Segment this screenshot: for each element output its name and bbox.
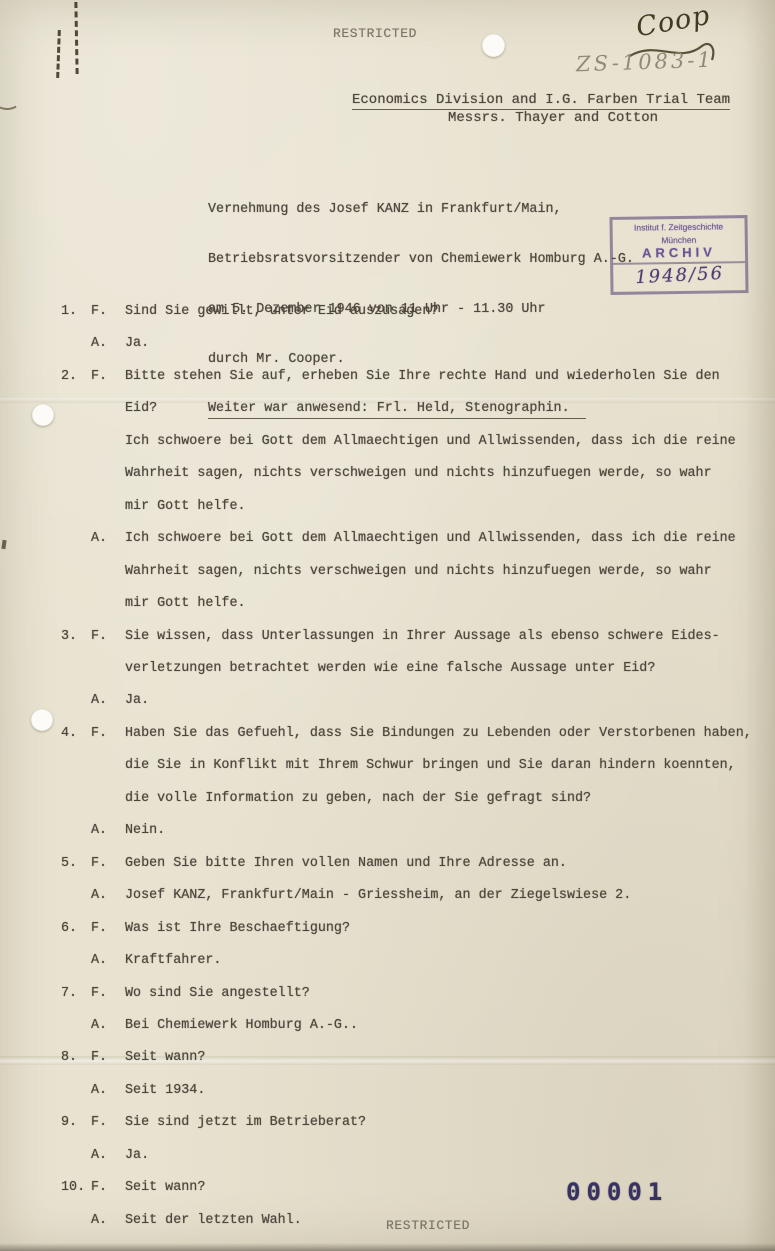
qa-letter xyxy=(91,783,125,815)
qa-text: mir Gott helfe. xyxy=(125,491,765,523)
qa-line: die volle Information zu geben, nach der… xyxy=(57,783,765,815)
qa-text: Seit wann? xyxy=(125,1042,765,1074)
archive-stamp-city-line: München xyxy=(661,235,696,245)
qa-number xyxy=(57,945,91,977)
qa-line: mir Gott helfe. xyxy=(57,588,765,620)
qa-letter: F. xyxy=(91,296,125,328)
qa-number xyxy=(57,523,91,555)
qa-letter: A. xyxy=(91,1010,125,1042)
header-team-line: Economics Division and I.G. Farben Trial… xyxy=(352,92,730,110)
qa-letter: A. xyxy=(91,1205,125,1237)
qa-line: A.Ja. xyxy=(57,1140,765,1172)
qa-line: Ich schwoere bei Gott dem Allmaechtigen … xyxy=(57,426,765,458)
ink-scribble-mark xyxy=(74,2,78,74)
qa-text: Wahrheit sagen, nichts verschweigen und … xyxy=(125,556,765,588)
qa-line: 8.F.Seit wann? xyxy=(57,1042,765,1074)
qa-number xyxy=(57,491,91,523)
punch-hole xyxy=(482,34,505,57)
qa-text: Ja. xyxy=(125,685,765,717)
qa-number xyxy=(57,783,91,815)
qa-text: Was ist Ihre Beschaeftigung? xyxy=(125,913,765,945)
qa-letter xyxy=(91,393,125,425)
qa-letter xyxy=(91,588,125,620)
qa-number: 8. xyxy=(57,1042,91,1074)
qa-text: die Sie in Konflikt mit Ihrem Schwur bri… xyxy=(125,750,765,782)
qa-text: Nein. xyxy=(125,815,765,847)
qa-number xyxy=(57,1140,91,1172)
qa-letter: A. xyxy=(91,328,125,360)
qa-letter: F. xyxy=(91,1172,125,1204)
pencil-reference-number: ZS-1083-1 xyxy=(576,48,715,77)
qa-line: 7.F.Wo sind Sie angestellt? xyxy=(57,978,765,1010)
qa-line: die Sie in Konflikt mit Ihrem Schwur bri… xyxy=(57,750,765,782)
qa-text: Sie wissen, dass Unterlassungen in Ihrer… xyxy=(125,621,765,653)
archive-stamp-institute-line: Institut f. Zeitgeschichte xyxy=(634,221,723,232)
qa-text: Geben Sie bitte Ihren vollen Namen und I… xyxy=(125,848,765,880)
classification-marking-bottom: RESTRICTED xyxy=(386,1218,470,1233)
qa-line: 1.F.Sind Sie gewillt, unter Eid auszusag… xyxy=(57,296,765,328)
qa-text: Wahrheit sagen, nichts verschweigen und … xyxy=(125,458,765,490)
qa-number xyxy=(57,588,91,620)
qa-text: Ja. xyxy=(125,1140,765,1172)
qa-line: 2.F.Bitte stehen Sie auf, erheben Sie Ih… xyxy=(57,361,765,393)
qa-text: mir Gott helfe. xyxy=(125,588,765,620)
qa-text: Ich schwoere bei Gott dem Allmaechtigen … xyxy=(125,426,765,458)
qa-letter: A. xyxy=(91,945,125,977)
qa-transcript: 1.F.Sind Sie gewillt, unter Eid auszusag… xyxy=(57,296,765,1237)
qa-number xyxy=(57,426,91,458)
qa-line: verletzungen betrachtet werden wie eine … xyxy=(57,653,765,685)
qa-letter: A. xyxy=(91,523,125,555)
qa-number: 9. xyxy=(57,1107,91,1139)
punch-hole xyxy=(31,709,53,731)
qa-letter xyxy=(91,653,125,685)
qa-letter: F. xyxy=(91,718,125,750)
qa-text: Sie sind jetzt im Betrieberat? xyxy=(125,1107,765,1139)
qa-text: Haben Sie das Gefuehl, dass Sie Bindunge… xyxy=(125,718,765,750)
qa-line: A.Ja. xyxy=(57,328,765,360)
qa-text: die volle Information zu geben, nach der… xyxy=(125,783,765,815)
qa-text: Ich schwoere bei Gott dem Allmaechtigen … xyxy=(125,523,765,555)
qa-number xyxy=(57,393,91,425)
qa-text: Josef KANZ, Frankfurt/Main - Griessheim,… xyxy=(125,880,765,912)
qa-letter: A. xyxy=(91,880,125,912)
qa-text: Ja. xyxy=(125,328,765,360)
qa-letter: A. xyxy=(91,1075,125,1107)
qa-text: Wo sind Sie angestellt? xyxy=(125,978,765,1010)
qa-number xyxy=(57,653,91,685)
qa-line: Wahrheit sagen, nichts verschweigen und … xyxy=(57,556,765,588)
pen-stroke-mark xyxy=(0,68,30,115)
qa-letter xyxy=(91,750,125,782)
qa-number xyxy=(57,1010,91,1042)
ink-dot-mark xyxy=(1,540,6,549)
qa-line: A.Ich schwoere bei Gott dem Allmaechtige… xyxy=(57,523,765,555)
qa-number: 3. xyxy=(57,621,91,653)
qa-text: Kraftfahrer. xyxy=(125,945,765,977)
qa-letter xyxy=(91,458,125,490)
qa-line: A.Josef KANZ, Frankfurt/Main - Griesshei… xyxy=(57,880,765,912)
qa-line: Wahrheit sagen, nichts verschweigen und … xyxy=(57,458,765,490)
qa-text: Seit wann? xyxy=(125,1172,765,1204)
qa-number: 2. xyxy=(57,361,91,393)
archive-stamp: Institut f. Zeitgeschichte München ARCHI… xyxy=(609,215,748,295)
qa-line: 4.F.Haben Sie das Gefuehl, dass Sie Bind… xyxy=(57,718,765,750)
qa-letter: A. xyxy=(91,815,125,847)
qa-line: mir Gott helfe. xyxy=(57,491,765,523)
qa-text: Bitte stehen Sie auf, erheben Sie Ihre r… xyxy=(125,361,765,393)
qa-letter: F. xyxy=(91,361,125,393)
qa-letter xyxy=(91,556,125,588)
qa-text: Seit 1934. xyxy=(125,1075,765,1107)
intro-line: Vernehmung des Josef KANZ in Frankfurt/M… xyxy=(208,202,634,219)
qa-text: Sind Sie gewillt, unter Eid auszusagen? xyxy=(125,296,765,328)
qa-number xyxy=(57,328,91,360)
qa-letter: F. xyxy=(91,1042,125,1074)
qa-letter: F. xyxy=(91,978,125,1010)
qa-line: A.Seit 1934. xyxy=(57,1075,765,1107)
qa-number xyxy=(57,1205,91,1237)
qa-number: 5. xyxy=(57,848,91,880)
qa-number xyxy=(57,556,91,588)
qa-text: Bei Chemiewerk Homburg A.-G.. xyxy=(125,1010,765,1042)
qa-letter: F. xyxy=(91,621,125,653)
qa-letter: A. xyxy=(91,1140,125,1172)
qa-letter: F. xyxy=(91,913,125,945)
classification-marking-top: RESTRICTED xyxy=(333,26,417,41)
qa-number: 10. xyxy=(57,1172,91,1204)
qa-line: 9.F.Sie sind jetzt im Betrieberat? xyxy=(57,1107,765,1139)
page-edge-shading xyxy=(0,1243,775,1251)
qa-number xyxy=(57,815,91,847)
intro-line: Betriebsratsvorsitzender von Chemiewerk … xyxy=(208,252,634,269)
qa-line: A.Bei Chemiewerk Homburg A.-G.. xyxy=(57,1010,765,1042)
qa-number xyxy=(57,685,91,717)
qa-number xyxy=(57,880,91,912)
qa-number xyxy=(57,750,91,782)
header-names-line: Messrs. Thayer and Cotton xyxy=(448,110,658,126)
page-number-stamp: 00001 xyxy=(566,1178,668,1206)
qa-line: A.Nein. xyxy=(57,815,765,847)
punch-hole xyxy=(32,404,54,426)
qa-number xyxy=(57,1075,91,1107)
qa-text: verletzungen betrachtet werden wie eine … xyxy=(125,653,765,685)
qa-letter: F. xyxy=(91,1107,125,1139)
archive-stamp-archiv-line: ARCHIV xyxy=(642,244,716,260)
qa-letter xyxy=(91,491,125,523)
qa-line: A.Kraftfahrer. xyxy=(57,945,765,977)
qa-text: Eid? xyxy=(125,393,765,425)
qa-line: 5.F.Geben Sie bitte Ihren vollen Namen u… xyxy=(57,848,765,880)
qa-letter: F. xyxy=(91,848,125,880)
ink-scribble-mark xyxy=(56,30,61,78)
qa-number: 6. xyxy=(57,913,91,945)
qa-line: 6.F.Was ist Ihre Beschaeftigung? xyxy=(57,913,765,945)
qa-line: Eid? xyxy=(57,393,765,425)
qa-number: 1. xyxy=(57,296,91,328)
archive-stamp-number: 1948/56 xyxy=(634,263,724,288)
qa-letter: A. xyxy=(91,685,125,717)
qa-number: 7. xyxy=(57,978,91,1010)
qa-number xyxy=(57,458,91,490)
qa-letter xyxy=(91,426,125,458)
qa-line: A.Ja. xyxy=(57,685,765,717)
scanned-document-page: RESTRICTED Coop ZS-1083-1 Economics Divi… xyxy=(0,0,775,1251)
qa-line: 3.F.Sie wissen, dass Unterlassungen in I… xyxy=(57,621,765,653)
qa-number: 4. xyxy=(57,718,91,750)
